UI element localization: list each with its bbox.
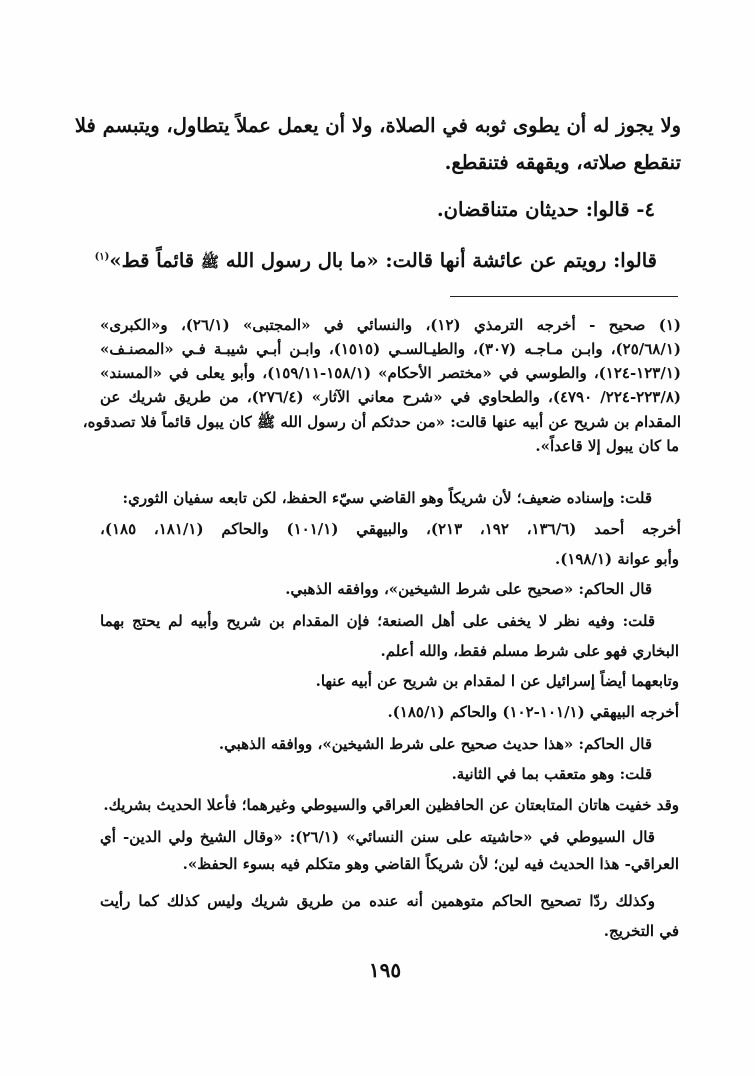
footnote-quote-suffix: كان يبول قائماً فلا تصدقوه،: [83, 413, 252, 431]
page-number: ١٩٥: [355, 958, 415, 982]
footnote-line-21: في التخريج.: [604, 924, 679, 939]
footnote-line-11: قلت: وفيه نظر لا يخفى على أهل الصنعة؛ فإ…: [100, 614, 655, 629]
footnote-line-15: قال الحاكم: «هذا حديث صحيح على شرط الشيخ…: [219, 737, 652, 752]
footnote-line-19: العراقي- هذا الحديث فيه لين؛ لأن شريكاً …: [183, 857, 679, 872]
section-heading: ٤- قالوا: حديثان متناقضان.: [437, 200, 655, 220]
footnote-line-5: المقدام بن شريح عن أبيه عنها قالت: «من ح…: [100, 415, 681, 430]
quote-prefix: قالوا: رويتم عن عائشة أنها قالت: «ما بال…: [226, 249, 657, 272]
footnote-line-17: وقد خفيت هاتان المتابعتان عن الحافظين ال…: [103, 798, 679, 813]
pbuh-symbol-icon: ﷺ: [201, 253, 219, 271]
footnote-line-18: قال السيوطي في «حاشيته على سنن النسائي» …: [100, 830, 655, 845]
main-text-line-2: تنقطع صلاته، ويقهقه فتنقطع.: [445, 153, 681, 173]
footnote-line-20: وكذلك ردّا تصحيح الحاكم متوهمين أنه عنده…: [100, 894, 655, 909]
footnote-line-12: البخاري فهو على شرط مسلم فقط، والله أعلم…: [380, 644, 679, 659]
footnote-separator: [450, 296, 678, 297]
footnote-line-14: أخرجه البيهقي (١٠١/١-١٠٢) والحاكم (١٨٥/١…: [387, 705, 679, 720]
pbuh-symbol-icon: ﷺ: [257, 413, 275, 431]
footnote-quote-prefix: المقدام بن شريح عن أبيه عنها قالت: «من ح…: [280, 413, 681, 431]
footnote-reference[interactable]: (١): [95, 252, 110, 263]
footnote-line-8: أخرجه أحمد (١٣٦/٦، ١٩٢، ٢١٣)، والبيهقي (…: [100, 522, 681, 537]
footnote-line-2: (٢٥/٦٨/١)، وابـن مـاجـه (٣٠٧)، والطيـالس…: [100, 342, 681, 357]
footnote-line-3: (١٢٣/١-١٢٤)، والطوسي في «مختصر الأحكام» …: [100, 366, 681, 381]
footnote-line-7: قلت: وإسناده ضعيف؛ لأن شريكاً وهو القاضي…: [123, 491, 652, 506]
footnote-line-9: وأبو عوانة (١٩٨/١).: [555, 552, 679, 567]
footnote-line-16: قلت: وهو متعقب بما في الثانية.: [452, 767, 652, 782]
footnote-line-1: (١) صحيح - أخرجه الترمذي (١٢)، والنسائي …: [100, 318, 681, 333]
footnote-line-4: (٢٢٣/٨-٢٢٤/ ٤٧٩٠)، والطحاوي في «شرح معان…: [100, 390, 681, 405]
main-text-line-1: ولا يجوز له أن يطوى ثوبه في الصلاة، ولا …: [100, 116, 681, 136]
book-page: ولا يجوز له أن يطوى ثوبه في الصلاة، ولا …: [0, 0, 755, 1076]
footnote-line-13: وتابعهما أيضاً إسرائيل عن ا لمقدام بن شر…: [316, 674, 679, 689]
quote-suffix: قائماً قط»: [109, 249, 194, 272]
footnote-line-10: قال الحاكم: «صحيح على شرط الشيخين»، وواف…: [285, 582, 652, 597]
main-text-line-4: قالوا: رويتم عن عائشة أنها قالت: «ما بال…: [95, 251, 657, 271]
footnote-line-6: ما كان يبول إلا قاعداً».: [535, 439, 679, 454]
